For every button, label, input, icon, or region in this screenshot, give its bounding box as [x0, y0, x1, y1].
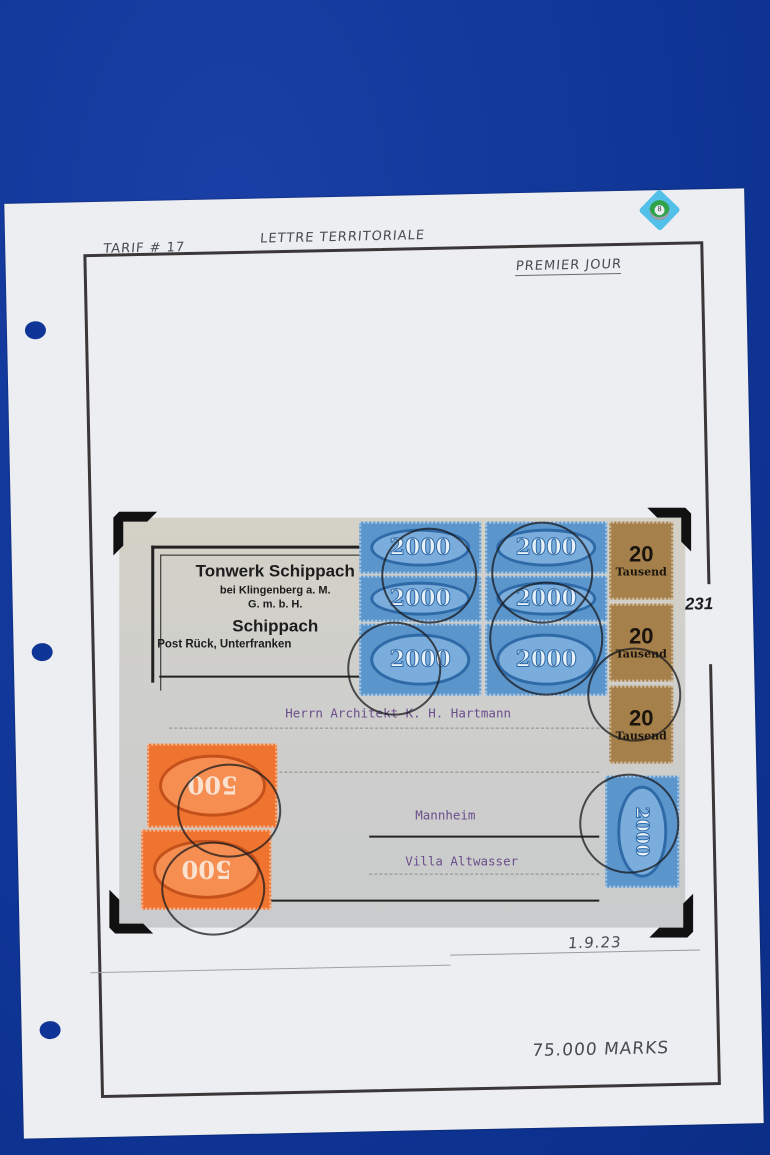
- stamp-20-tausend: 20 Tausend: [609, 604, 673, 682]
- stamp-20-tausend: 20 Tausend: [609, 686, 673, 764]
- address-line: [169, 728, 609, 729]
- denomination: 2000: [370, 528, 470, 567]
- lettre-territoriale-label: LETTRE TERRITORIALE: [259, 228, 425, 246]
- denomination: 2000: [496, 634, 596, 686]
- stamp-2000-mark: 2000: [485, 522, 607, 574]
- stamp-2000-mark-single: 2000: [605, 776, 679, 888]
- overprint: Tausend: [616, 565, 667, 578]
- stamp-500-mark: 500: [141, 830, 271, 910]
- sender-city: Schippach: [165, 617, 385, 637]
- recipient-name: Herrn Architekt K. H. Hartmann: [285, 706, 511, 721]
- address-line: [269, 772, 599, 773]
- binder-hole: [25, 321, 46, 339]
- denomination: 20: [629, 625, 653, 647]
- page-number: 231: [685, 594, 714, 615]
- sender-name: Tonwerk Schippach: [165, 562, 385, 582]
- sticker-number: 8: [654, 205, 664, 215]
- denomination: 20: [629, 707, 653, 729]
- sender-line3: G. m. b. H.: [165, 599, 385, 611]
- stamp-20-tausend: 20 Tausend: [609, 522, 673, 600]
- address-line: [369, 874, 599, 875]
- binder-hole: [39, 1021, 60, 1039]
- billiard-8-ball-icon: 8: [638, 189, 680, 231]
- binder-hole: [32, 643, 53, 661]
- denomination: 20: [629, 543, 653, 565]
- rate-note: 75.000 MARKS: [531, 1038, 670, 1061]
- denomination: 2000: [370, 634, 470, 686]
- album-page: 8 TARIF # 17 LETTRE TERRITORIALE PREMIER…: [4, 188, 763, 1138]
- overprint: Tausend: [616, 647, 667, 660]
- stamp-2000-mark: 2000: [359, 624, 481, 696]
- stamp-2000-mark: 2000: [485, 576, 607, 622]
- stamp-500-mark: 500: [147, 744, 277, 828]
- sender-line2: bei Klingenberg a. M.: [165, 585, 385, 597]
- address-line: [369, 836, 599, 838]
- recipient-city: Mannheim: [415, 808, 475, 823]
- sender-line5: Post Rück, Unterfranken: [157, 639, 385, 651]
- stamp-2000-mark: 2000: [359, 576, 481, 622]
- date-note: 1.9.23: [567, 933, 622, 952]
- denomination: 500: [153, 840, 260, 899]
- postal-cover: Tonwerk Schippach bei Klingenberg a. M. …: [119, 518, 685, 928]
- address-line: [269, 900, 599, 902]
- recipient-street: Villa Altwasser: [405, 854, 518, 869]
- stamp-2000-mark: 2000: [359, 522, 481, 574]
- sender-block: Tonwerk Schippach bei Klingenberg a. M. …: [165, 562, 385, 651]
- photo-corner: [649, 894, 693, 938]
- rule-line: [159, 676, 359, 678]
- denomination: 500: [159, 755, 266, 817]
- overprint: Tausend: [616, 729, 667, 742]
- denomination: 2000: [496, 528, 596, 567]
- denomination: 2000: [370, 581, 470, 616]
- stamp-2000-mark: 2000: [485, 624, 607, 696]
- denomination: 2000: [617, 785, 668, 877]
- denomination: 2000: [496, 581, 596, 616]
